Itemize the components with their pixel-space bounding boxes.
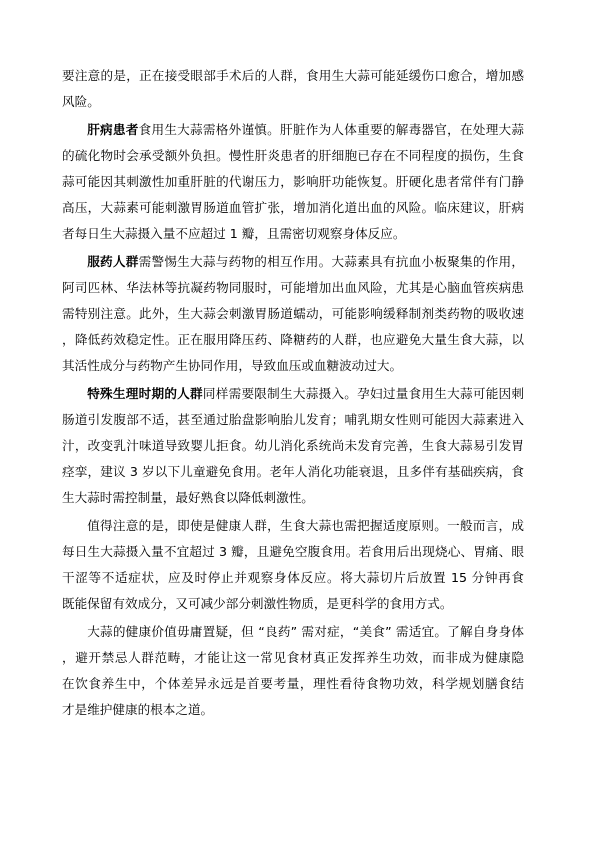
text-line: 干涩等不适症状，应及时停止并观察身体反应。将大蒜切片后放置 15 分钟再食用， — [62, 565, 524, 591]
text-line: ，避开禁忌人群范畴，才能让这一常见食材真正发挥养生功效，而非成为健康隐患。 — [62, 645, 524, 671]
text-line: 需特别注意。此外，生大蒜会刺激胃肠道蠕动，可能影响缓释制剂类药物的吸收速率 — [62, 301, 524, 327]
text-line: 才是维护健康的根本之道。 — [62, 697, 524, 723]
text-line: 肠道引发腹部不适，甚至通过胎盘影响胎儿发育；哺乳期女性则可能因大蒜素进入乳 — [62, 407, 524, 433]
paragraph-conclusion: 大蒜的健康价值毋庸置疑，但 “良药” 需对症，“美食” 需适宜。了解自身身体状况… — [62, 619, 524, 723]
text-line: 的硫化物时会承受额外负担。慢性肝炎患者的肝细胞已存在不同程度的损伤，生食大 — [62, 143, 524, 169]
text-run: 要注意的是，正在接受眼部手术后的人群，食用生大蒜可能延缓伤口愈合，增加感染 — [62, 68, 524, 89]
text-run: 痉挛，建议 3 岁以下儿童避免食用。老年人消化功能衰退，且多伴有基础疾病，食用 — [62, 464, 524, 485]
text-line: 者每日生大蒜摄入量不应超过 1 瓣，且需密切观察身体反应。 — [62, 221, 524, 247]
text-line: ，降低药效稳定性。正在服用降压药、降糖药的人群，也应避免大量生食大蒜，以防 — [62, 327, 524, 353]
text-run: 生大蒜时需控制量，最好熟食以降低刺激性。 — [62, 490, 314, 505]
text-line: 服药人群需警惕生大蒜与药物的相互作用。大蒜素具有抗血小板聚集的作用，与 — [62, 249, 524, 275]
text-run: 肠道引发腹部不适，甚至通过胎盘影响胎儿发育；哺乳期女性则可能因大蒜素进入乳 — [62, 412, 524, 433]
text-run: 风险。 — [62, 94, 100, 109]
text-run: 高压，大蒜素可能刺激胃肠道血管扩张，增加消化道出血的风险。临床建议，肝病患 — [62, 200, 524, 221]
paragraph-lead-bold: 特殊生理时期的人群 — [87, 386, 203, 401]
text-line: 值得注意的是，即使是健康人群，生食大蒜也需把握适度原则。一般而言，成人 — [62, 513, 524, 539]
text-run: ，降低药效稳定性。正在服用降压药、降糖药的人群，也应避免大量生食大蒜，以防 — [62, 332, 524, 353]
text-run: 者每日生大蒜摄入量不应超过 1 瓣，且需密切观察身体反应。 — [62, 226, 405, 241]
text-line: 特殊生理时期的人群同样需要限制生大蒜摄入。孕妇过量食用生大蒜可能因刺激 — [62, 381, 524, 407]
text-run: 汁，改变乳汁味道导致婴儿拒食。幼儿消化系统尚未发育完善，生食大蒜易引发胃肠 — [62, 438, 524, 459]
text-run: 阿司匹林、华法林等抗凝药物同服时，可能增加出血风险，尤其是心脑血管疾病患者 — [62, 280, 524, 301]
text-line: 阿司匹林、华法林等抗凝药物同服时，可能增加出血风险，尤其是心脑血管疾病患者 — [62, 275, 524, 301]
text-line: 风险。 — [62, 89, 524, 115]
text-run: 需特别注意。此外，生大蒜会刺激胃肠道蠕动，可能影响缓释制剂类药物的吸收速率 — [62, 306, 524, 327]
text-line: 既能保留有效成分，又可减少部分刺激性物质，是更科学的食用方式。 — [62, 591, 524, 617]
text-line: 高压，大蒜素可能刺激胃肠道血管扩张，增加消化道出血的风险。临床建议，肝病患 — [62, 195, 524, 221]
text-run: 干涩等不适症状，应及时停止并观察身体反应。将大蒜切片后放置 15 分钟再食用， — [62, 570, 524, 591]
text-run: 每日生大蒜摄入量不宜超过 3 瓣，且避免空腹食用。若食用后出现烧心、胃痛、眼睛 — [62, 544, 524, 565]
document-page: 要注意的是，正在接受眼部手术后的人群，食用生大蒜可能延缓伤口愈合，增加感染风险。… — [0, 0, 595, 841]
text-line: 痉挛，建议 3 岁以下儿童避免食用。老年人消化功能衰退，且多伴有基础疾病，食用 — [62, 459, 524, 485]
text-run: 大蒜的健康价值毋庸置疑，但 “良药” 需对症，“美食” 需适宜。了解自身身体状况 — [62, 624, 524, 645]
text-run: 值得注意的是，即使是健康人群，生食大蒜也需把握适度原则。一般而言，成人 — [62, 518, 524, 539]
paragraph-special-physiological-groups: 特殊生理时期的人群同样需要限制生大蒜摄入。孕妇过量食用生大蒜可能因刺激肠道引发腹… — [62, 381, 524, 511]
text-line: 大蒜的健康价值毋庸置疑，但 “良药” 需对症，“美食” 需适宜。了解自身身体状况 — [62, 619, 524, 645]
paragraph-lead-bold: 服药人群 — [87, 254, 138, 269]
text-line: 生大蒜时需控制量，最好熟食以降低刺激性。 — [62, 485, 524, 511]
text-line: 蒜可能因其刺激性加重肝脏的代谢压力，影响肝功能恢复。肝硬化患者常伴有门静脉 — [62, 169, 524, 195]
text-line: 每日生大蒜摄入量不宜超过 3 瓣，且避免空腹食用。若食用后出现烧心、胃痛、眼睛 — [62, 539, 524, 565]
text-line: 汁，改变乳汁味道导致婴儿拒食。幼儿消化系统尚未发育完善，生食大蒜易引发胃肠 — [62, 433, 524, 459]
paragraph-liver-patients: 肝病患者食用生大蒜需格外谨慎。肝脏作为人体重要的解毒器官，在处理大蒜中的硫化物时… — [62, 117, 524, 247]
text-run: 的硫化物时会承受额外负担。慢性肝炎患者的肝细胞已存在不同程度的损伤，生食大 — [62, 148, 524, 169]
paragraph-continued-warning: 要注意的是，正在接受眼部手术后的人群，食用生大蒜可能延缓伤口愈合，增加感染风险。 — [62, 63, 524, 115]
text-run: 其活性成分与药物产生协同作用，导致血压或血糖波动过大。 — [62, 358, 402, 373]
document-body: 要注意的是，正在接受眼部手术后的人群，食用生大蒜可能延缓伤口愈合，增加感染风险。… — [62, 63, 524, 723]
paragraph-medication-users: 服药人群需警惕生大蒜与药物的相互作用。大蒜素具有抗血小板聚集的作用，与阿司匹林、… — [62, 249, 524, 379]
text-line: 其活性成分与药物产生协同作用，导致血压或血糖波动过大。 — [62, 353, 524, 379]
text-run: ，避开禁忌人群范畴，才能让这一常见食材真正发挥养生功效，而非成为健康隐患。 — [62, 650, 524, 671]
text-run: 才是维护健康的根本之道。 — [62, 702, 213, 717]
text-run: 蒜可能因其刺激性加重肝脏的代谢压力，影响肝功能恢复。肝硬化患者常伴有门静脉 — [62, 174, 524, 195]
text-run: 既能保留有效成分，又可减少部分刺激性物质，是更科学的食用方式。 — [62, 596, 452, 611]
text-line: 在饮食养生中，个体差异永远是首要考量，理性看待食物功效，科学规划膳食结构， — [62, 671, 524, 697]
text-run: 在饮食养生中，个体差异永远是首要考量，理性看待食物功效，科学规划膳食结构， — [62, 676, 524, 697]
paragraph-lead-bold: 肝病患者 — [87, 122, 138, 137]
paragraph-healthy-moderation: 值得注意的是，即使是健康人群，生食大蒜也需把握适度原则。一般而言，成人每日生大蒜… — [62, 513, 524, 617]
text-line: 要注意的是，正在接受眼部手术后的人群，食用生大蒜可能延缓伤口愈合，增加感染 — [62, 63, 524, 89]
text-line: 肝病患者食用生大蒜需格外谨慎。肝脏作为人体重要的解毒器官，在处理大蒜中 — [62, 117, 524, 143]
